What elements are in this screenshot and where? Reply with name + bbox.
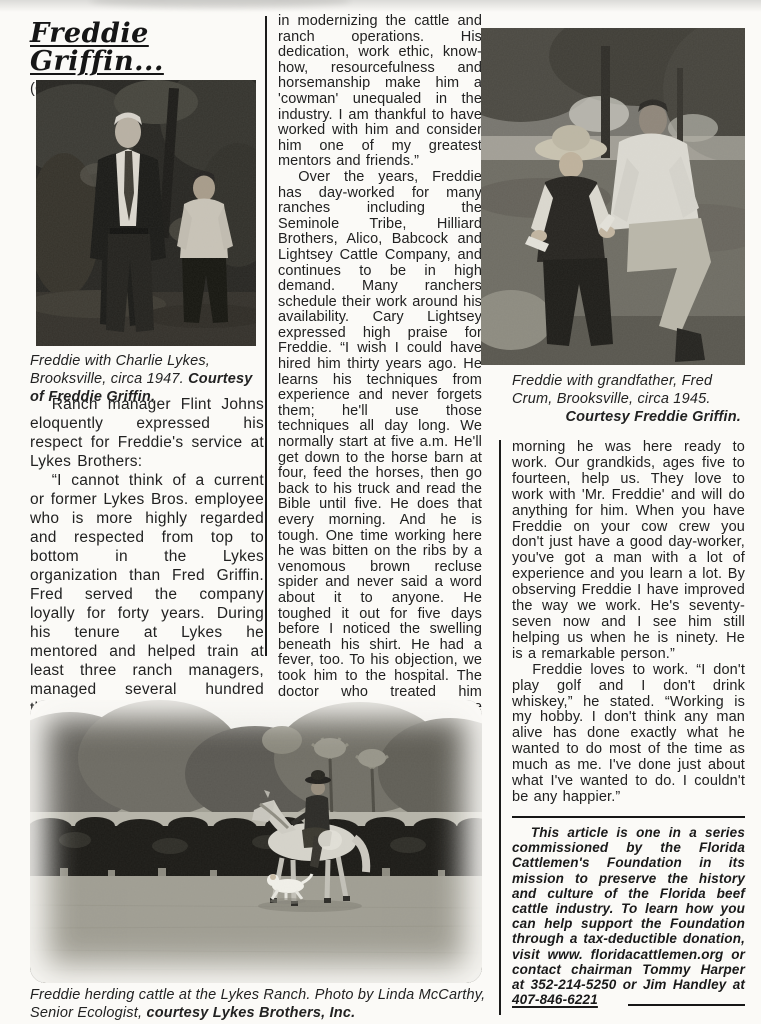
photo-caption-right: Freddie with grandfather, Fred Crum, Bro… <box>512 372 745 426</box>
foundation-text: This article is one in a series commissi… <box>512 825 745 1007</box>
film-grain <box>36 80 256 346</box>
foundation-body: This article is one in a series commissi… <box>512 825 745 992</box>
photo-illustration <box>30 700 482 983</box>
film-grain <box>30 700 482 983</box>
column-divider <box>265 16 267 656</box>
middle-text-column: in modernizing the cattle and ranch oper… <box>278 14 482 731</box>
film-grain <box>481 28 745 365</box>
rule-line <box>628 1004 745 1006</box>
paragraph: morning he was here ready to work. Our g… <box>512 440 745 663</box>
right-text-column: morning he was here ready to work. Our g… <box>512 440 745 806</box>
magazine-page: Freddie Griffin... (Continued from page … <box>0 0 761 1024</box>
photo-freddie-fred-crum <box>481 28 745 365</box>
caption-text: Freddie with grandfather, Fred Crum, Bro… <box>512 372 745 408</box>
photo-freddie-charlie-lykes <box>36 80 256 346</box>
caption-credit-line: Courtesy Freddie Griffin. <box>512 408 745 426</box>
photo-caption-bottom: Freddie herding cattle at the Lykes Ranc… <box>30 986 488 1022</box>
photo-illustration <box>481 28 745 365</box>
photo-illustration <box>36 80 256 346</box>
article-title: Freddie Griffin... <box>30 20 268 77</box>
paragraph: Ranch manager Flint Johns eloquently exp… <box>30 395 264 471</box>
column-divider <box>499 440 501 1015</box>
paragraph: Freddie loves to work. “I don't play gol… <box>512 663 745 806</box>
paragraph: Over the years, Freddie has day-worked f… <box>278 170 482 731</box>
photo-herding-cattle <box>30 700 482 983</box>
caption-credit: Courtesy Freddie Griffin. <box>565 409 741 425</box>
caption-text: Freddie with Charlie Lykes, Brooksville,… <box>30 353 210 387</box>
foundation-note: This article is one in a series commissi… <box>512 816 745 1007</box>
phone-number: 407-846-6221 <box>512 992 598 1007</box>
caption-credit: courtesy Lykes Brothers, Inc. <box>146 1005 355 1021</box>
paragraph: in modernizing the cattle and ranch oper… <box>278 14 482 170</box>
